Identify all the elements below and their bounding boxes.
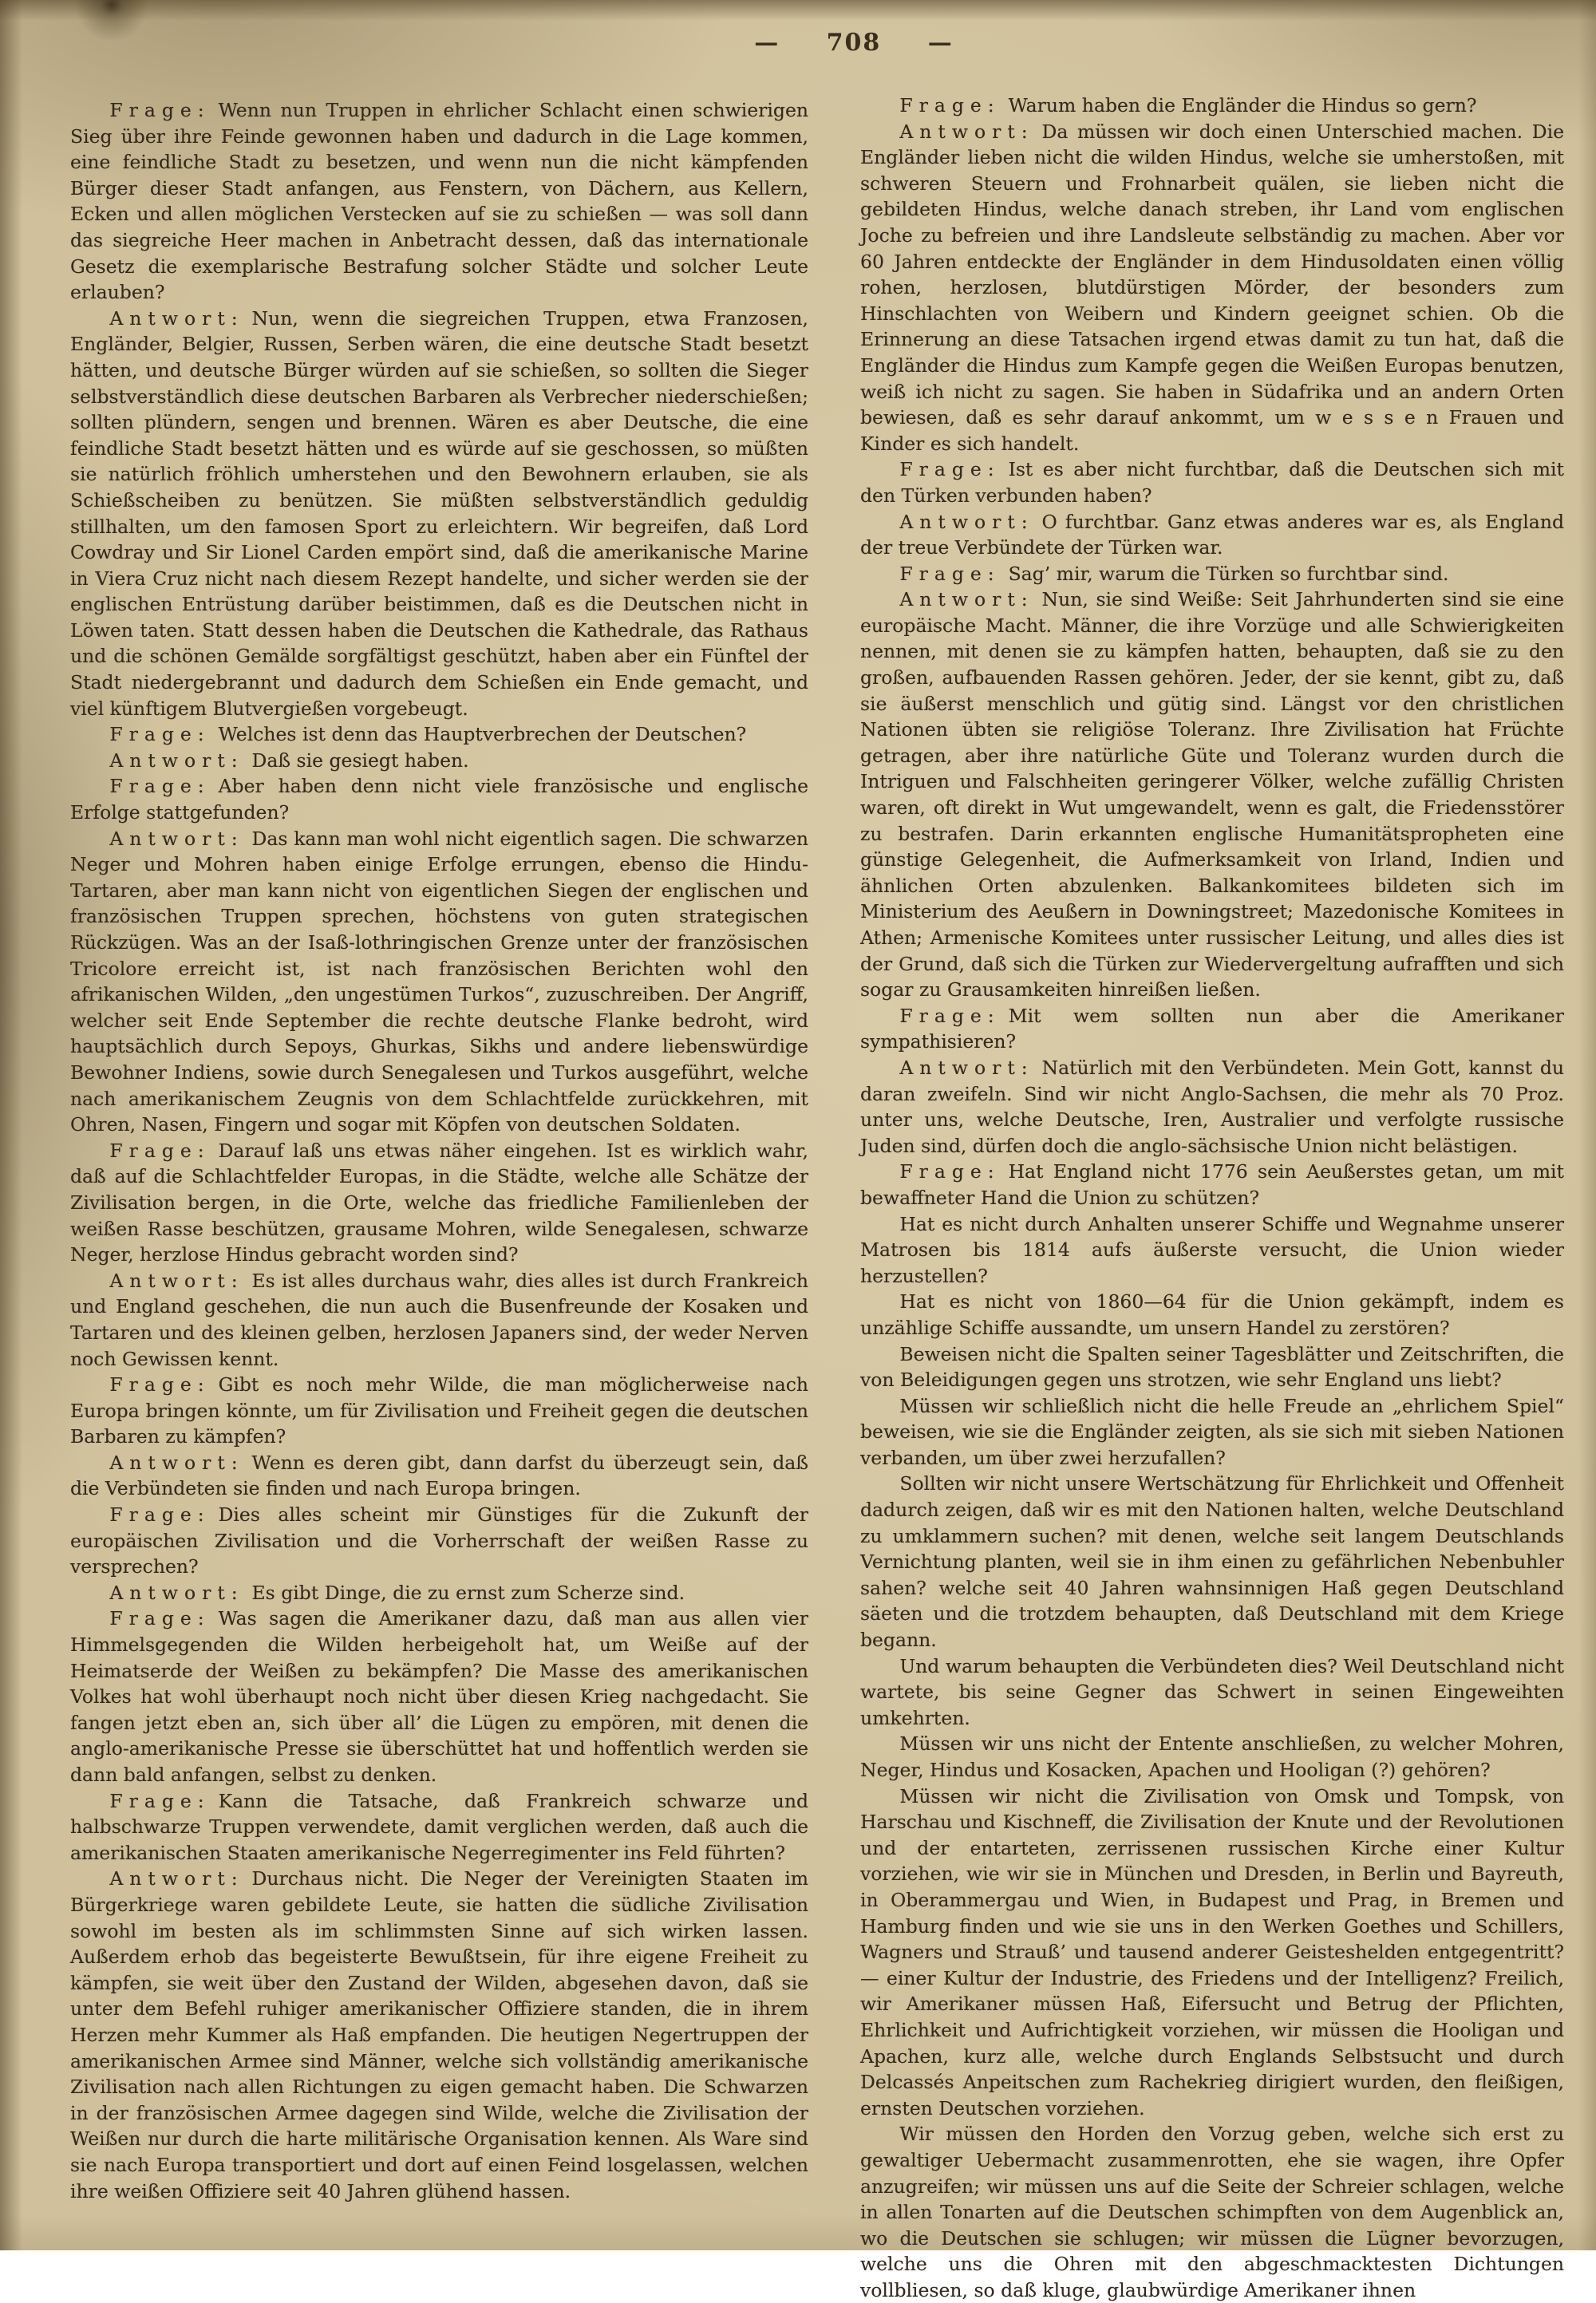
qa-text: Sag’ mir, warum die Türken so furchtbar … (1009, 563, 1449, 585)
qa-label: Antwort: (109, 828, 243, 850)
qa-label: Frage: (899, 563, 1000, 585)
qa-text: Es gibt Dinge, die zu ernst zum Scherze … (252, 1582, 685, 1604)
qa-text: Wenn nun Truppen in ehrlicher Schlacht e… (70, 99, 808, 303)
paragraph: Hat es nicht durch Anhalten unserer Schi… (860, 1211, 1564, 1290)
qa-label: Antwort: (899, 511, 1033, 533)
qa-label: Antwort: (109, 307, 243, 330)
qa-text: Müssen wir nicht die Zivilisation von Om… (860, 1785, 1564, 2119)
paragraph: Antwort:Das kann man wohl nicht eigentli… (70, 826, 808, 1138)
paragraph: Frage:Hat England nicht 1776 sein Aeußer… (860, 1159, 1564, 1211)
paragraph: Und warum behaupten die Verbündeten dies… (860, 1653, 1564, 1732)
paragraph: Antwort:Natürlich mit den Verbündeten. M… (860, 1055, 1564, 1159)
qa-label: Frage: (109, 1373, 210, 1396)
qa-label: Antwort: (109, 749, 243, 772)
scanned-page: — 708 — Frage:Wenn nun Truppen in ehrlic… (0, 0, 1596, 2250)
paragraph: Hat es nicht von 1860—64 für die Union g… (860, 1289, 1564, 1341)
paragraph: Antwort:Da müssen wir doch einen Untersc… (860, 119, 1564, 457)
paragraph: Antwort:Es gibt Dinge, die zu ernst zum … (70, 1580, 808, 1606)
qa-text: Müssen wir uns nicht der Entente anschli… (860, 1732, 1564, 1781)
paragraph: Antwort:Nun, sie sind Weiße: Seit Jahrhu… (860, 587, 1564, 1003)
qa-text: Daß sie gesiegt haben. (252, 749, 469, 772)
paragraph: Beweisen nicht die Spalten seiner Tagesb… (860, 1341, 1564, 1393)
qa-label: Antwort: (899, 588, 1033, 610)
paragraph: Frage:Kann die Tatsache, daß Frankreich … (70, 1788, 808, 1866)
qa-label: Frage: (109, 1503, 210, 1526)
qa-text: Müssen wir schließlich nicht die helle F… (860, 1395, 1564, 1469)
qa-text: Da müssen wir doch einen Unterschied mac… (860, 120, 1564, 455)
qa-label: Frage: (109, 1607, 210, 1629)
qa-label: Antwort: (109, 1867, 243, 1890)
qa-text: Nun, wenn die siegreichen Truppen, etwa … (70, 307, 808, 720)
paragraph: Müssen wir nicht die Zivilisation von Om… (860, 1784, 1564, 2122)
paragraph: Frage:Mit wem sollten nun aber die Ameri… (860, 1003, 1564, 1055)
paragraph: Frage:Ist es aber nicht furchtbar, daß d… (860, 456, 1564, 508)
qa-text: Nun, sie sind Weiße: Seit Jahrhunderten … (860, 588, 1564, 1001)
paragraph: Frage:Gibt es noch mehr Wilde, die man m… (70, 1372, 808, 1450)
paragraph: Frage:Was sagen die Amerikaner dazu, daß… (70, 1606, 808, 1787)
paragraph: Antwort:Es ist alles durchaus wahr, dies… (70, 1268, 808, 1372)
paragraph: Frage:Wenn nun Truppen in ehrlicher Schl… (70, 97, 808, 306)
left-column: Frage:Wenn nun Truppen in ehrlicher Schl… (70, 97, 808, 2204)
qa-label: Frage: (109, 1790, 210, 1812)
qa-label: Antwort: (899, 1057, 1033, 1079)
paragraph: Antwort:Wenn es deren gibt, dann darfst … (70, 1450, 808, 1502)
paragraph: Frage:Darauf laß uns etwas näher eingehe… (70, 1138, 808, 1268)
qa-text: Warum haben die Engländer die Hindus so … (1009, 94, 1477, 117)
paragraph: Frage:Dies alles scheint mir Günstiges f… (70, 1502, 808, 1580)
qa-text: Und warum behaupten die Verbündeten dies… (860, 1655, 1564, 1729)
paragraph: Frage:Warum haben die Engländer die Hind… (860, 93, 1564, 119)
paragraph: Antwort:Nun, wenn die siegreichen Truppe… (70, 306, 808, 722)
paragraph: Antwort:Durchaus nicht. Die Neger der Ve… (70, 1866, 808, 2204)
qa-text: Hat es nicht durch Anhalten unserer Schi… (860, 1213, 1564, 1287)
paragraph: Wir müssen den Horden den Vorzug geben, … (860, 2121, 1564, 2250)
page-number: — 708 — (754, 29, 954, 57)
paragraph: Müssen wir schließlich nicht die helle F… (860, 1393, 1564, 1471)
paragraph: Sollten wir nicht unsere Wertschätzung f… (860, 1471, 1564, 1653)
qa-label: Frage: (899, 458, 1000, 480)
qa-label: Frage: (899, 1160, 1000, 1183)
qa-text: Was sagen die Amerikaner dazu, daß man a… (70, 1607, 808, 1786)
qa-label: Frage: (899, 1005, 1000, 1027)
qa-text: Beweisen nicht die Spalten seiner Tagesb… (860, 1343, 1564, 1392)
paragraph: Antwort:Daß sie gesiegt haben. (70, 748, 808, 774)
qa-text: Sollten wir nicht unsere Wertschätzung f… (860, 1472, 1564, 1651)
qa-text: Hat es nicht von 1860—64 für die Union g… (860, 1290, 1564, 1339)
qa-label: Frage: (109, 1140, 210, 1162)
paragraph: Müssen wir uns nicht der Entente anschli… (860, 1731, 1564, 1783)
right-column: Frage:Warum haben die Engländer die Hind… (860, 93, 1564, 2250)
qa-label: Frage: (899, 94, 1000, 117)
qa-label: Frage: (109, 723, 210, 745)
paragraph: Antwort:O furchtbar. Ganz etwas anderes … (860, 509, 1564, 561)
paragraph: Frage:Aber haben denn nicht viele franzö… (70, 773, 808, 825)
qa-text: Durchaus nicht. Die Neger der Vereinigte… (70, 1867, 808, 2202)
qa-label: Antwort: (899, 120, 1033, 143)
qa-label: Antwort: (109, 1582, 243, 1604)
qa-label: Antwort: (109, 1452, 243, 1474)
paragraph: Frage:Welches ist denn das Hauptverbrech… (70, 721, 808, 748)
qa-text: Das kann man wohl nicht eigentlich sagen… (70, 828, 808, 1136)
qa-label: Antwort: (109, 1270, 243, 1292)
qa-text: Welches ist denn das Hauptverbrechen der… (219, 723, 747, 745)
paragraph: Frage:Sag’ mir, warum die Türken so furc… (860, 561, 1564, 587)
qa-label: Frage: (109, 775, 210, 797)
qa-text: Wir müssen den Horden den Vorzug geben, … (860, 2123, 1564, 2250)
qa-label: Frage: (109, 99, 210, 121)
